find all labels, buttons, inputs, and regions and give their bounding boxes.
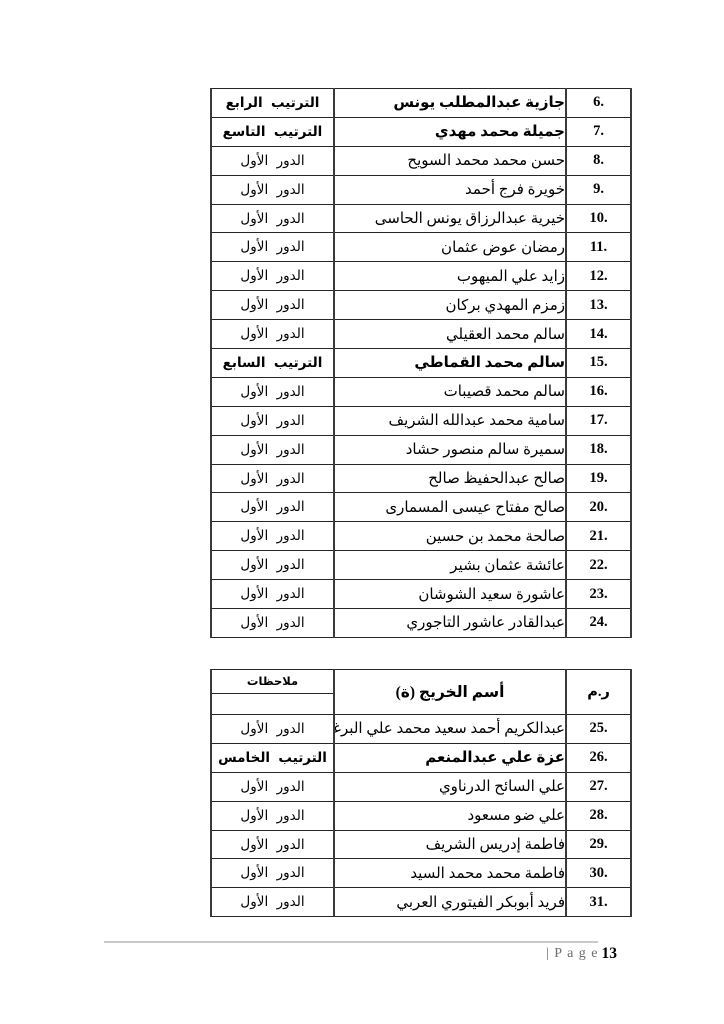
graduate-name: زمزم المهدي بركان bbox=[334, 291, 566, 320]
result-note: الدور الأول bbox=[211, 320, 334, 349]
footer-page-number: 13 bbox=[602, 945, 618, 963]
graduate-name: عبدالكريم أحمد سعيد محمد علي البرغني bbox=[334, 715, 566, 744]
page-footer: | P a g e 13 bbox=[546, 943, 617, 965]
graduate-name: سالم محمد القماطي bbox=[334, 349, 566, 378]
result-note: الدور الأول bbox=[211, 406, 334, 435]
table-row: 21.صالحة محمد بن حسينالدور الأول bbox=[211, 522, 631, 551]
row-serial-number: 8. bbox=[566, 146, 631, 175]
table-row: 10.خيرية عبدالرزاق يونس الحاسىالدور الأو… bbox=[211, 204, 631, 233]
graduate-name: خويرة فرج أحمد bbox=[334, 175, 566, 204]
table-row: 17.سامية محمد عبدالله الشريفالدور الأول bbox=[211, 406, 631, 435]
row-serial-number: 28. bbox=[566, 801, 631, 830]
table-row: 11.رمضان عوض عثمانالدور الأول bbox=[211, 233, 631, 262]
result-note: الدور الأول bbox=[211, 233, 334, 262]
table-row: 26.عزة علي عبدالمنعمالترتيب الخامس bbox=[211, 743, 631, 772]
table-row: 18.سميرة سالم منصور حشادالدور الأول bbox=[211, 435, 631, 464]
result-note: الدور الأول bbox=[211, 715, 334, 744]
result-note: الدور الأول bbox=[211, 175, 334, 204]
graduate-name: سميرة سالم منصور حشاد bbox=[334, 435, 566, 464]
row-serial-number: 19. bbox=[566, 464, 631, 493]
row-serial-number: 26. bbox=[566, 743, 631, 772]
graduate-name: فريد أبوبكر الفيتوري العربي bbox=[334, 888, 566, 917]
result-note: الدور الأول bbox=[211, 580, 334, 609]
graduate-name: صالح عبدالحفيظ صالح bbox=[334, 464, 566, 493]
graduate-name: فاطمة إدريس الشريف bbox=[334, 830, 566, 859]
graduate-name: رمضان عوض عثمان bbox=[334, 233, 566, 262]
row-serial-number: 24. bbox=[566, 609, 631, 638]
graduate-name: زايد علي الميهوب bbox=[334, 262, 566, 291]
graduate-name: جازية عبدالمطلب يونس bbox=[334, 89, 566, 118]
result-note: الدور الأول bbox=[211, 609, 334, 638]
table-row: 9.خويرة فرج أحمدالدور الأول bbox=[211, 175, 631, 204]
table-row: 20.صالح مفتاح عيسى المسمارىالدور الأول bbox=[211, 493, 631, 522]
document-page: 6.جازية عبدالمطلب يونسالترتيب الرابع7.جم… bbox=[0, 0, 724, 1024]
graduate-name: علي السائح الدرناوي bbox=[334, 772, 566, 801]
graduates-table-header: ر.م أسم الخريج (ة) ملاحظات bbox=[211, 670, 631, 715]
table-row: 28.علي ضو مسعودالدور الأول bbox=[211, 801, 631, 830]
row-serial-number: 27. bbox=[566, 772, 631, 801]
table-row: 23.عاشورة سعيد الشوشانالدور الأول bbox=[211, 580, 631, 609]
graduate-name: صالح مفتاح عيسى المسمارى bbox=[334, 493, 566, 522]
graduate-name: عاشورة سعيد الشوشان bbox=[334, 580, 566, 609]
table-row: 13.زمزم المهدي بركانالدور الأول bbox=[211, 291, 631, 320]
table-row: 8.حسن محمد محمد السويحالدور الأول bbox=[211, 146, 631, 175]
result-note: الدور الأول bbox=[211, 888, 334, 917]
row-serial-number: 12. bbox=[566, 262, 631, 291]
result-note: الترتيب السابع bbox=[211, 349, 334, 378]
table-row: 15.سالم محمد القماطيالترتيب السابع bbox=[211, 349, 631, 378]
table-row: 7.جميلة محمد مهديالترتيب التاسع bbox=[211, 117, 631, 146]
row-serial-number: 18. bbox=[566, 435, 631, 464]
result-note: الدور الأول bbox=[211, 291, 334, 320]
row-serial-number: 17. bbox=[566, 406, 631, 435]
result-note: الدور الأول bbox=[211, 435, 334, 464]
header-notes-empty-cell bbox=[211, 693, 334, 715]
table-row: 24.عبدالقادر عاشور التاجوريالدور الأول bbox=[211, 609, 631, 638]
graduates-table-2-body: 25.عبدالكريم أحمد سعيد محمد علي البرغنيا… bbox=[211, 715, 631, 917]
row-serial-number: 10. bbox=[566, 204, 631, 233]
table-row: 29.فاطمة إدريس الشريفالدور الأول bbox=[211, 830, 631, 859]
row-serial-number: 22. bbox=[566, 551, 631, 580]
graduate-name: عزة علي عبدالمنعم bbox=[334, 743, 566, 772]
result-note: الدور الأول bbox=[211, 801, 334, 830]
row-serial-number: 30. bbox=[566, 859, 631, 888]
graduate-name: سالم محمد العقيلي bbox=[334, 320, 566, 349]
graduates-table: ر.م أسم الخريج (ة) ملاحظات 25.عبدالكريم … bbox=[210, 669, 632, 917]
graduate-name: عبدالقادر عاشور التاجوري bbox=[334, 609, 566, 638]
table-row: 14.سالم محمد العقيليالدور الأول bbox=[211, 320, 631, 349]
row-serial-number: 15. bbox=[566, 349, 631, 378]
row-serial-number: 14. bbox=[566, 320, 631, 349]
graduate-name: فاطمة محمد محمد السيد bbox=[334, 859, 566, 888]
result-note: الدور الأول bbox=[211, 377, 334, 406]
row-serial-number: 13. bbox=[566, 291, 631, 320]
graduate-name: علي ضو مسعود bbox=[334, 801, 566, 830]
result-note: الترتيب التاسع bbox=[211, 117, 334, 146]
row-serial-number: 31. bbox=[566, 888, 631, 917]
table-row: 6.جازية عبدالمطلب يونسالترتيب الرابع bbox=[211, 89, 631, 118]
result-note: الدور الأول bbox=[211, 464, 334, 493]
table-row: 16.سالم محمد قصيباتالدور الأول bbox=[211, 377, 631, 406]
result-note: الدور الأول bbox=[211, 262, 334, 291]
header-notes: ملاحظات bbox=[211, 670, 334, 694]
row-serial-number: 9. bbox=[566, 175, 631, 204]
graduates-table-1-body: 6.جازية عبدالمطلب يونسالترتيب الرابع7.جم… bbox=[211, 89, 631, 638]
row-serial-number: 11. bbox=[566, 233, 631, 262]
result-note: الدور الأول bbox=[211, 551, 334, 580]
graduate-name: عائشة عثمان بشير bbox=[334, 551, 566, 580]
header-row: ر.م أسم الخريج (ة) ملاحظات bbox=[211, 670, 631, 694]
header-graduate-name: أسم الخريج (ة) bbox=[334, 670, 566, 715]
table-row: 31.فريد أبوبكر الفيتوري العربيالدور الأو… bbox=[211, 888, 631, 917]
table-row: 22.عائشة عثمان بشيرالدور الأول bbox=[211, 551, 631, 580]
graduates-table-continued: 6.جازية عبدالمطلب يونسالترتيب الرابع7.جم… bbox=[210, 88, 632, 638]
graduate-name: سامية محمد عبدالله الشريف bbox=[334, 406, 566, 435]
graduate-name: سالم محمد قصيبات bbox=[334, 377, 566, 406]
row-serial-number: 16. bbox=[566, 377, 631, 406]
row-serial-number: 25. bbox=[566, 715, 631, 744]
table-row: 30.فاطمة محمد محمد السيدالدور الأول bbox=[211, 859, 631, 888]
row-serial-number: 29. bbox=[566, 830, 631, 859]
row-serial-number: 7. bbox=[566, 117, 631, 146]
header-serial-number: ر.م bbox=[566, 670, 631, 715]
table-row: 19.صالح عبدالحفيظ صالحالدور الأول bbox=[211, 464, 631, 493]
result-note: الدور الأول bbox=[211, 830, 334, 859]
graduate-name: جميلة محمد مهدي bbox=[334, 117, 566, 146]
row-serial-number: 23. bbox=[566, 580, 631, 609]
graduate-name: صالحة محمد بن حسين bbox=[334, 522, 566, 551]
graduate-name: خيرية عبدالرزاق يونس الحاسى bbox=[334, 204, 566, 233]
row-serial-number: 20. bbox=[566, 493, 631, 522]
graduate-name: حسن محمد محمد السويح bbox=[334, 146, 566, 175]
result-note: الدور الأول bbox=[211, 772, 334, 801]
result-note: الدور الأول bbox=[211, 146, 334, 175]
result-note: الدور الأول bbox=[211, 493, 334, 522]
result-note: الترتيب الخامس bbox=[211, 743, 334, 772]
result-note: الدور الأول bbox=[211, 859, 334, 888]
table-row: 12.زايد علي الميهوبالدور الأول bbox=[211, 262, 631, 291]
table-row: 27.علي السائح الدرناويالدور الأول bbox=[211, 772, 631, 801]
result-note: الترتيب الرابع bbox=[211, 89, 334, 118]
row-serial-number: 21. bbox=[566, 522, 631, 551]
footer-divider-line bbox=[104, 941, 598, 943]
result-note: الدور الأول bbox=[211, 522, 334, 551]
footer-page-label: | P a g e bbox=[546, 946, 599, 962]
result-note: الدور الأول bbox=[211, 204, 334, 233]
row-serial-number: 6. bbox=[566, 89, 631, 118]
table-row: 25.عبدالكريم أحمد سعيد محمد علي البرغنيا… bbox=[211, 715, 631, 744]
